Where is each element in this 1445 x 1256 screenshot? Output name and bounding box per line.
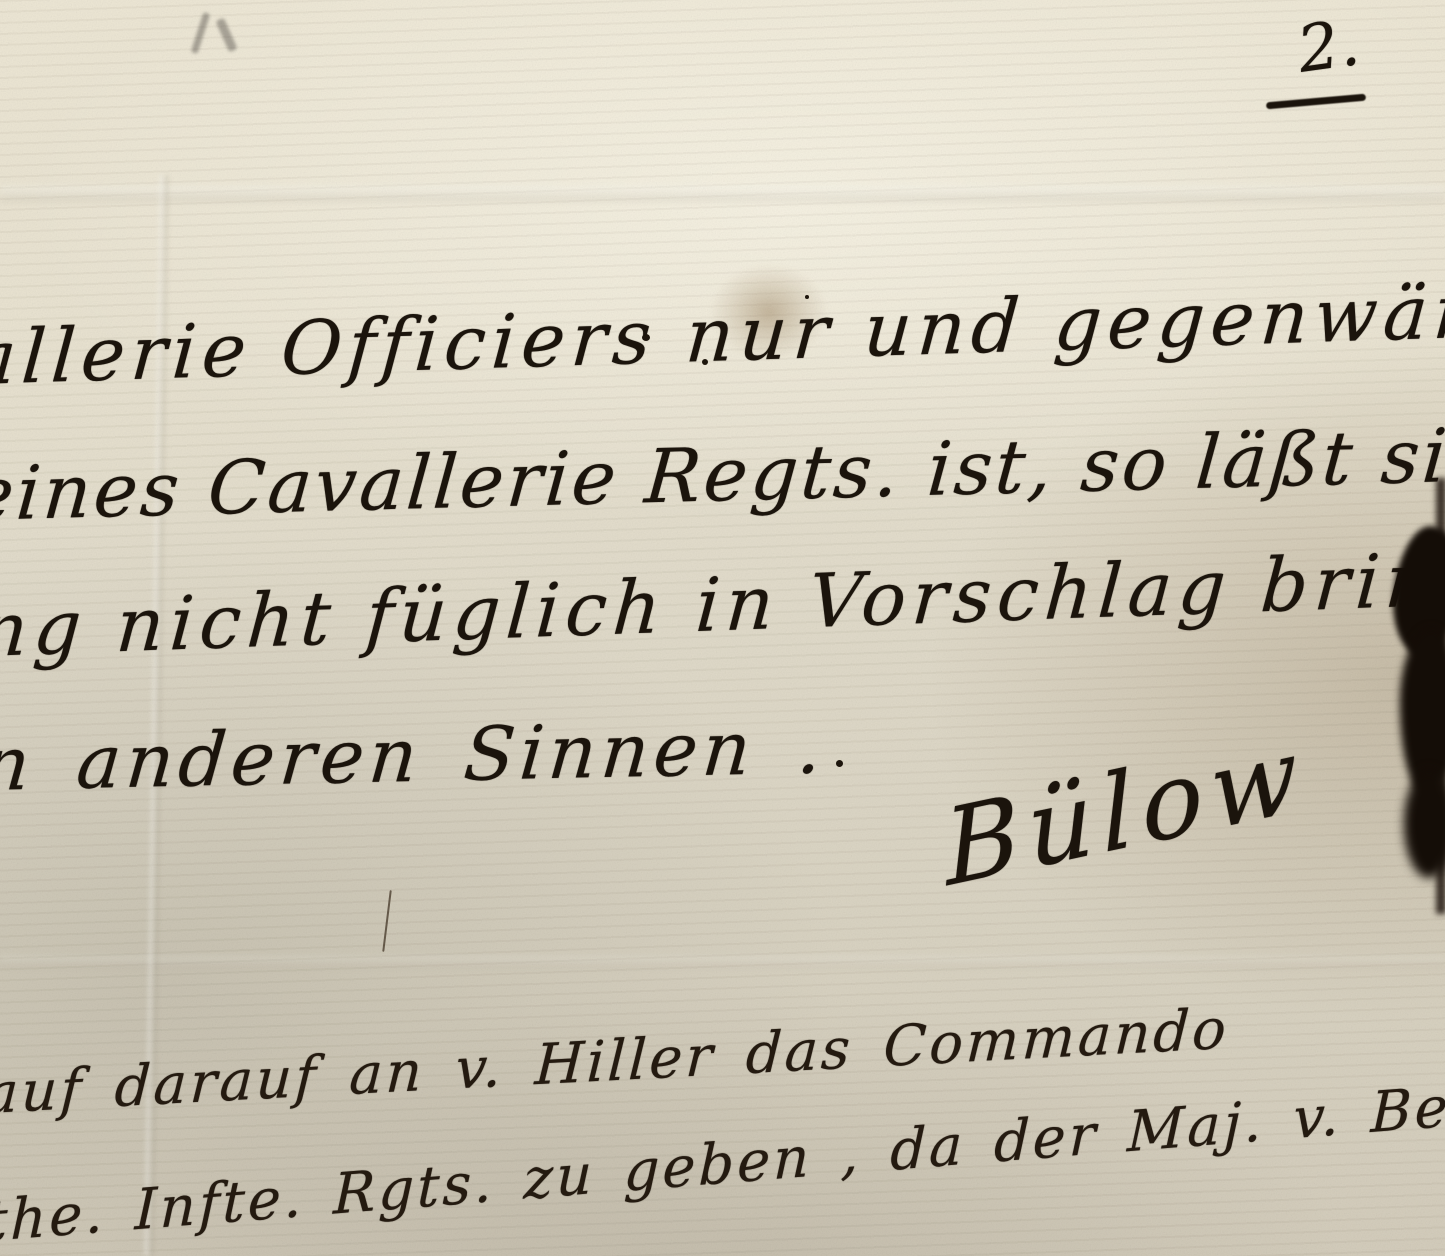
ink-speck: [836, 760, 843, 767]
manuscript-photo: 2. allerie Officiers nur und gegenwär ei…: [0, 0, 1445, 1256]
page-number: 2.: [1293, 6, 1364, 88]
fold-crease-horizontal-top: [0, 186, 1445, 202]
burn-mark: [1400, 628, 1445, 793]
fold-crease-horizontal-bottom: [0, 956, 1445, 968]
manuscript-line-4: n anderen Sinnen .: [0, 704, 830, 808]
